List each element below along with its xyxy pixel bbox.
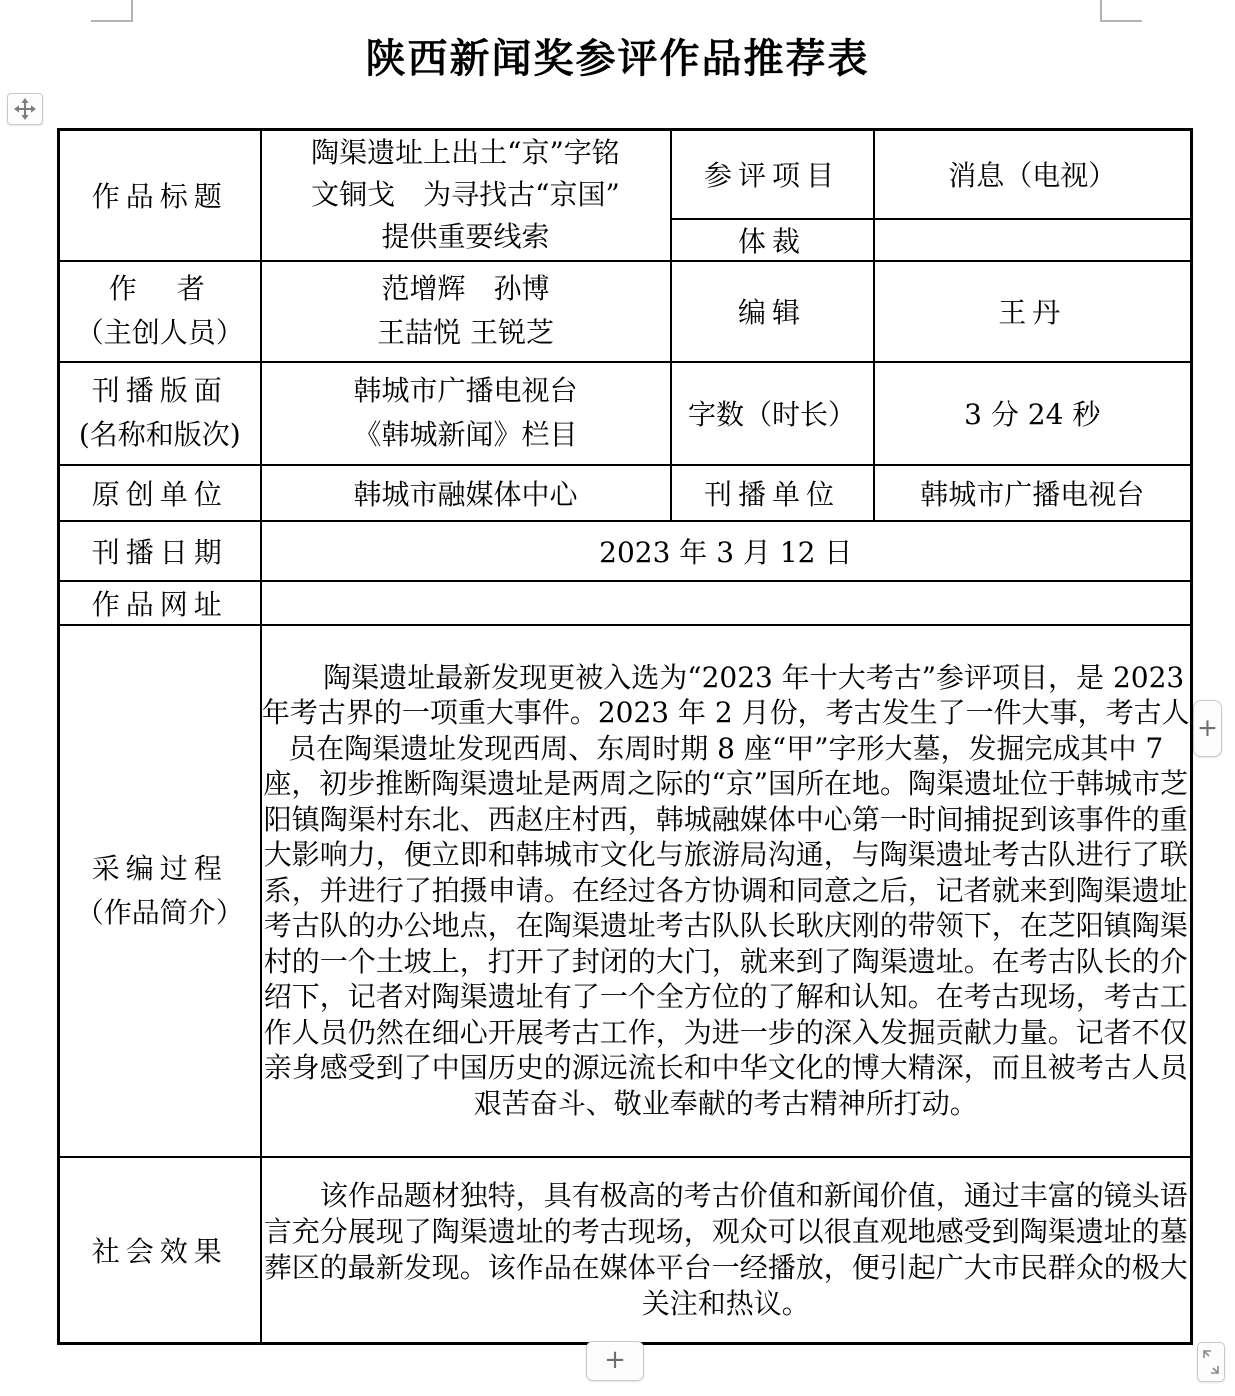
- plus-icon: +: [604, 1345, 626, 1375]
- cell-label-broadcast-date[interactable]: 刊播日期: [59, 521, 261, 581]
- cell-value-work-url[interactable]: [261, 581, 1192, 625]
- cell-value-genre[interactable]: [874, 219, 1192, 261]
- margin-corner-mark-top-right-vertical: [1100, 0, 1102, 22]
- margin-corner-mark-top-left-vertical: [131, 0, 133, 22]
- author-label-line-1: 作 者: [60, 267, 260, 311]
- table-move-handle-button[interactable]: [7, 93, 43, 125]
- add-row-button[interactable]: +: [586, 1341, 644, 1381]
- author-value-line-1: 范增辉 孙博: [262, 267, 670, 311]
- author-label-line-2: （主创人员）: [60, 311, 260, 355]
- cell-value-editing-process[interactable]: 陶渠遗址最新发现更被入选为“2023 年十大考古”参评项目，是 2023 年考古…: [261, 625, 1192, 1157]
- cell-label-author[interactable]: 作 者 （主创人员）: [59, 261, 261, 362]
- margin-corner-mark-top-left-horizontal: [91, 20, 133, 22]
- cell-label-duration[interactable]: 字数（时长）: [671, 362, 874, 465]
- cell-label-work-title[interactable]: 作品标题: [59, 130, 261, 261]
- cell-value-origin-unit[interactable]: 韩城市融媒体中心: [261, 465, 671, 521]
- document-title[interactable]: 陕西新闻奖参评作品推荐表: [0, 27, 1235, 84]
- cell-label-publication[interactable]: 刊播版面 (名称和版次): [59, 362, 261, 465]
- plus-icon: +: [1197, 713, 1218, 742]
- cell-label-editor[interactable]: 编辑: [671, 261, 874, 362]
- work-title-line-3: 提供重要线索: [262, 216, 670, 258]
- table-resize-button[interactable]: [1197, 1342, 1225, 1382]
- publication-value-line-2: 《韩城新闻》栏目: [262, 413, 670, 457]
- cell-value-editor[interactable]: 王丹: [874, 261, 1192, 362]
- cell-label-origin-unit[interactable]: 原创单位: [59, 465, 261, 521]
- cell-value-work-title[interactable]: 陶渠遗址上出土“京”字铭 文铜戈 为寻找古“京国” 提供重要线索: [261, 130, 671, 261]
- cell-value-broadcast-unit[interactable]: 韩城市广播电视台: [874, 465, 1192, 521]
- cell-value-social-effect[interactable]: 该作品题材独特，具有极高的考古价值和新闻价值，通过丰富的镜头语言充分展现了陶渠遗…: [261, 1157, 1192, 1344]
- add-column-button[interactable]: +: [1193, 700, 1222, 757]
- diagonal-resize-icon: [1200, 1347, 1222, 1377]
- cell-value-author[interactable]: 范增辉 孙博 王喆悦 王锐芝: [261, 261, 671, 362]
- publication-label-line-1: 刊播版面: [60, 369, 260, 413]
- work-title-line-1: 陶渠遗址上出土“京”字铭: [262, 132, 670, 174]
- document-page: 陕西新闻奖参评作品推荐表 作品标题 陶渠遗址上出土“京”字铭: [0, 0, 1235, 1396]
- publication-value-line-1: 韩城市广播电视台: [262, 369, 670, 413]
- cell-label-social-effect[interactable]: 社会效果: [59, 1157, 261, 1344]
- cell-label-genre[interactable]: 体裁: [671, 219, 874, 261]
- cell-value-entry-category[interactable]: 消息（电视）: [874, 130, 1192, 219]
- cell-label-editing-process[interactable]: 采编过程 （作品简介）: [59, 625, 261, 1157]
- cell-value-broadcast-date[interactable]: 2023 年 3 月 12 日: [261, 521, 1192, 581]
- margin-corner-mark-top-right-horizontal: [1100, 20, 1142, 22]
- recommendation-form-table: 作品标题 陶渠遗址上出土“京”字铭 文铜戈 为寻找古“京国” 提供重要线索 参评…: [57, 128, 1193, 1345]
- cell-label-entry-category[interactable]: 参评项目: [671, 130, 874, 219]
- cell-value-duration[interactable]: 3 分 24 秒: [874, 362, 1192, 465]
- publication-label-line-2: (名称和版次): [60, 413, 260, 457]
- cell-value-publication[interactable]: 韩城市广播电视台 《韩城新闻》栏目: [261, 362, 671, 465]
- editing-process-label-line-2: （作品简介）: [60, 891, 260, 935]
- editing-process-label-line-1: 采编过程: [60, 847, 260, 891]
- move-cross-icon: [13, 97, 37, 121]
- author-value-line-2: 王喆悦 王锐芝: [262, 311, 670, 355]
- work-title-line-2: 文铜戈 为寻找古“京国”: [262, 174, 670, 216]
- cell-label-work-url[interactable]: 作品网址: [59, 581, 261, 625]
- cell-label-broadcast-unit[interactable]: 刊播单位: [671, 465, 874, 521]
